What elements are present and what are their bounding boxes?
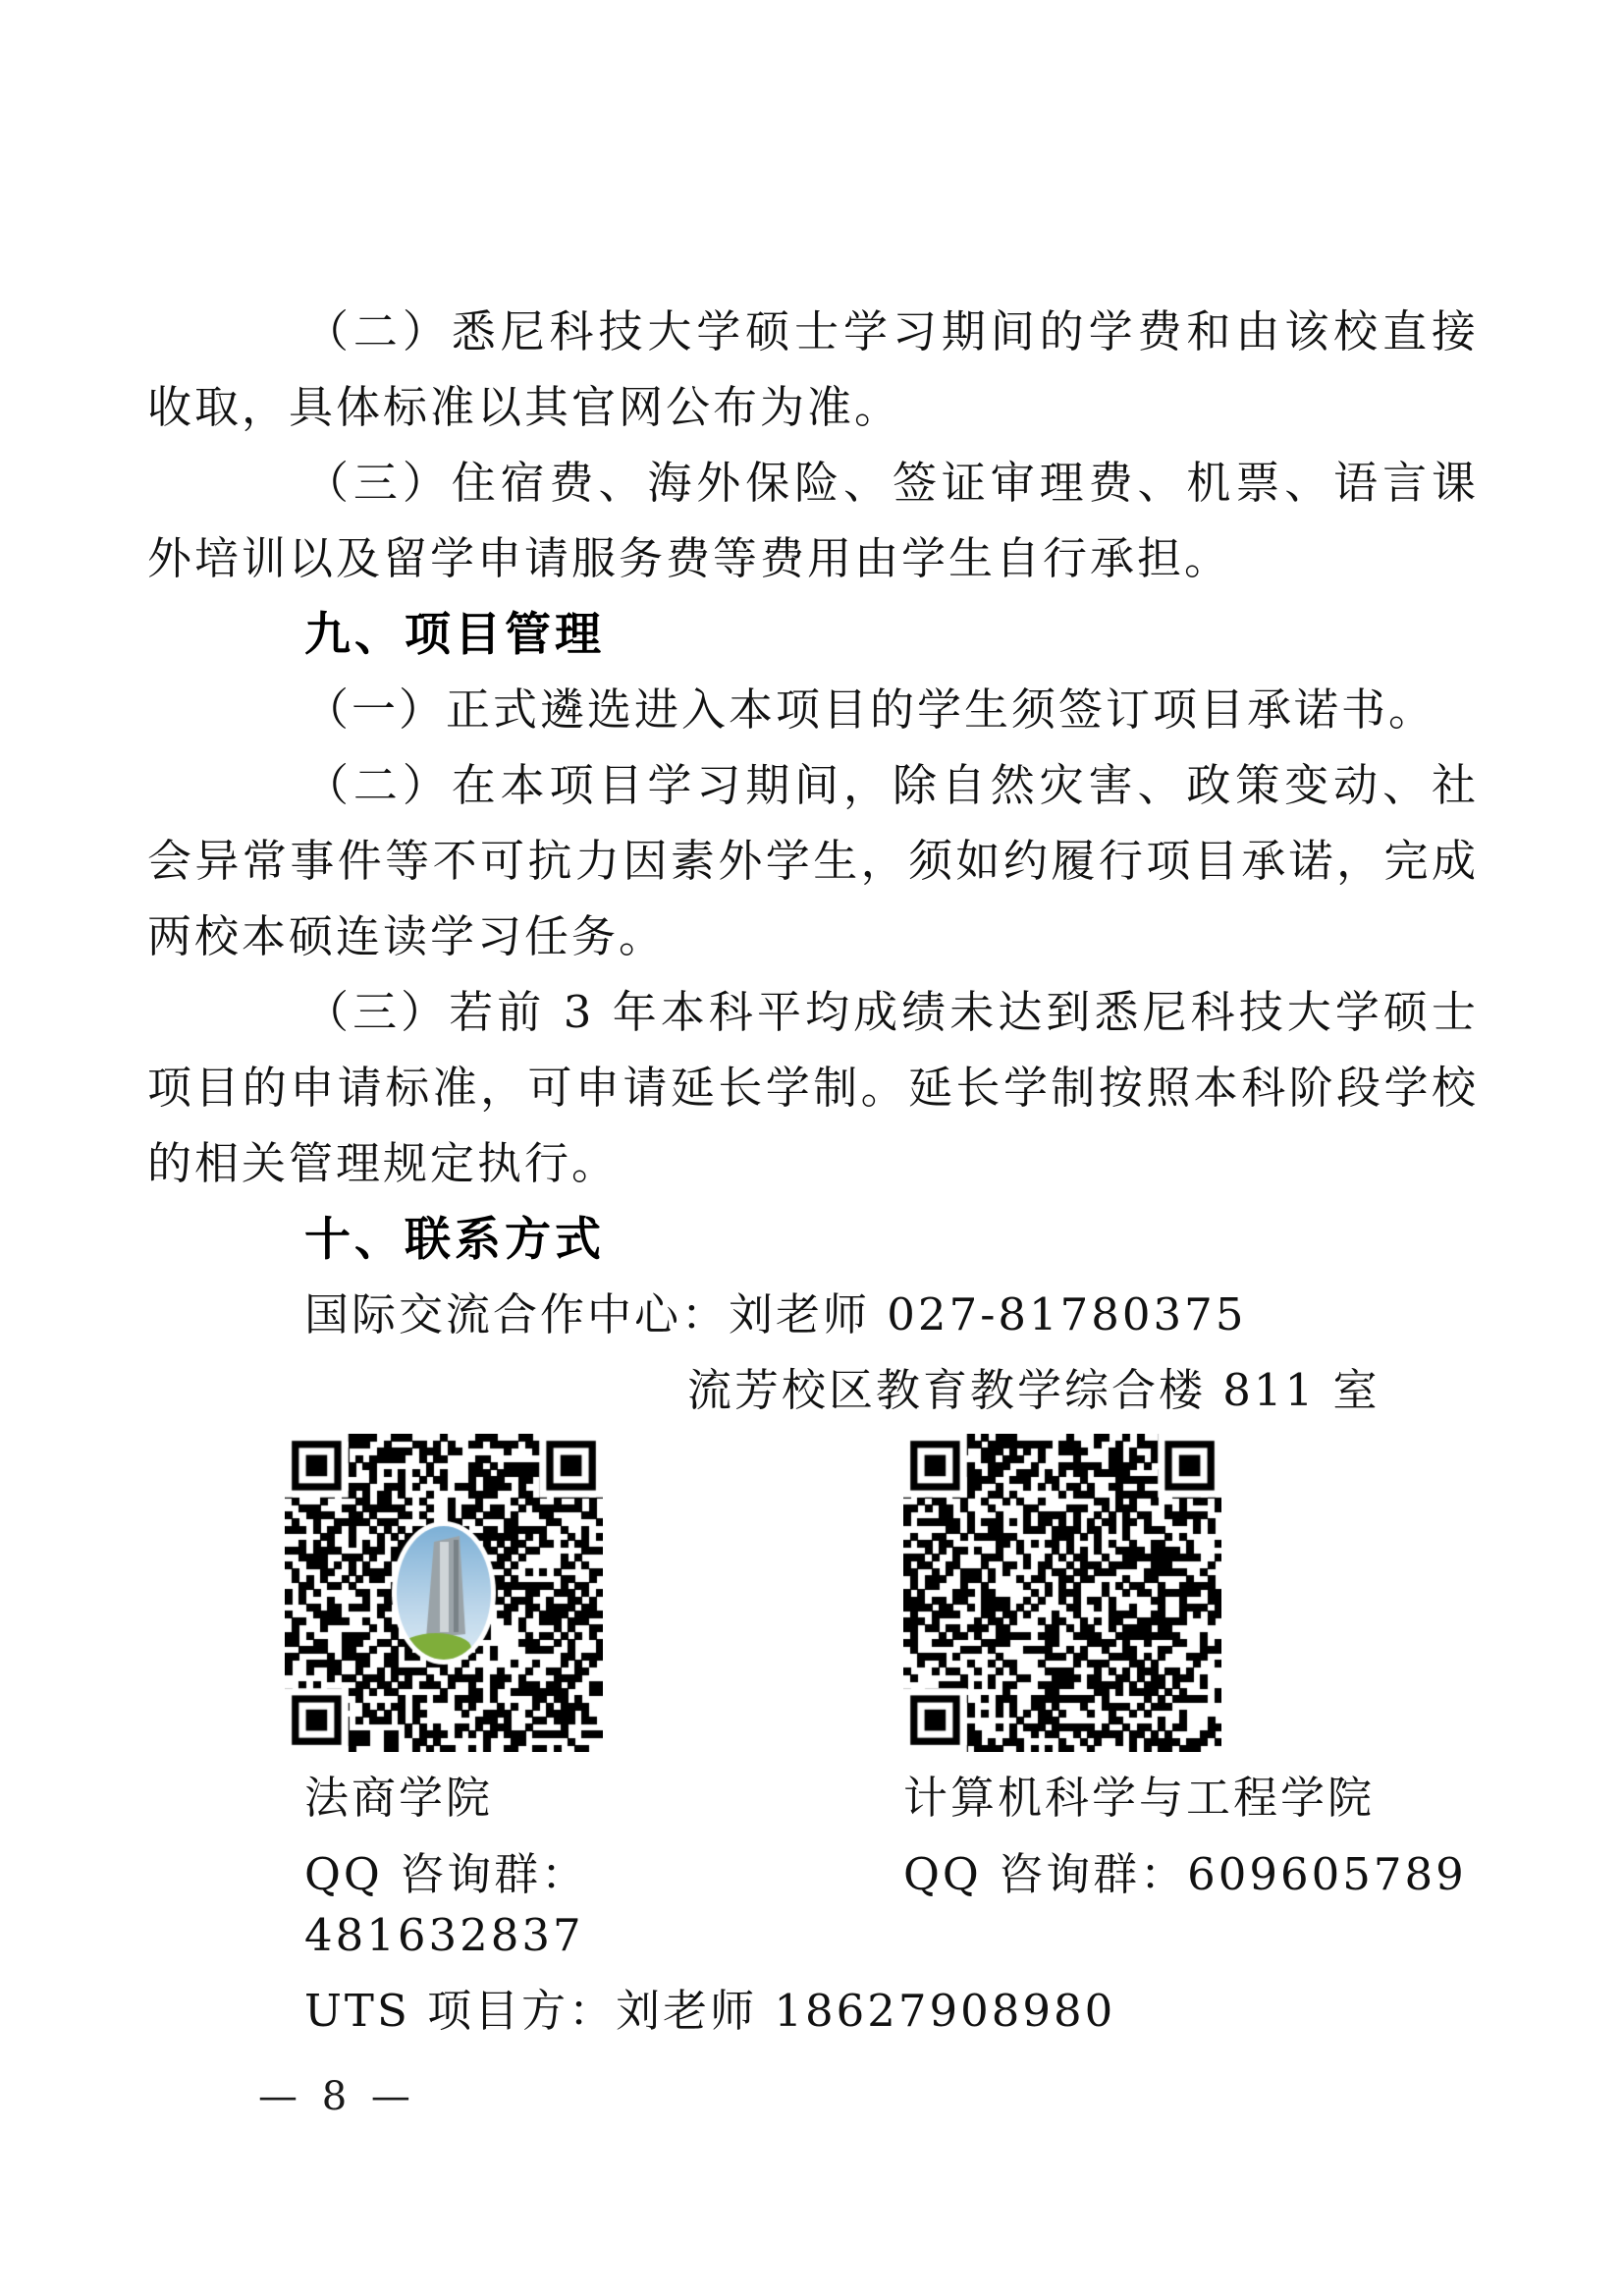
paragraph-fees-other-costs: （三）住宿费、海外保险、签证审理费、机票、语言课外培训以及留学申请服务费等费用由… — [147, 445, 1479, 596]
document-content: （二）悉尼科技大学硕士学习期间的学费和由该校直接收取，具体标准以其官网公布为准。… — [147, 294, 1479, 2042]
qq-group-law-school: QQ 咨询群：481632837 — [304, 1844, 736, 1966]
paragraph-management-obligation: （二）在本项目学习期间，除自然灾害、政策变动、社会异常事件等不可抗力因素外学生，… — [147, 747, 1479, 974]
qr-left-wrap — [285, 1434, 603, 1752]
heading-project-management: 九、项目管理 — [147, 596, 1479, 672]
qq-group-row: QQ 咨询群：481632837 QQ 咨询群：609605789 — [147, 1844, 1479, 1966]
paragraph-fees-tuition: （二）悉尼科技大学硕士学习期间的学费和由该校直接收取，具体标准以其官网公布为准。 — [147, 294, 1479, 445]
qr-left-caption: 法商学院 — [304, 1768, 736, 1829]
page-number: — 8 — — [258, 2074, 416, 2119]
paragraph-management-extension: （三）若前 3 年本科平均成绩未达到悉尼科技大学硕士项目的申请标准，可申请延长学… — [147, 974, 1479, 1201]
document-page: （二）悉尼科技大学硕士学习期间的学费和由该校直接收取，具体标准以其官网公布为准。… — [0, 0, 1624, 2296]
qr-right-caption: 计算机科学与工程学院 — [903, 1768, 1375, 1829]
qr-code-law-school-icon — [285, 1434, 603, 1752]
qr-right-wrap — [903, 1434, 1221, 1752]
qr-code-row — [147, 1434, 1479, 1752]
paragraph-management-commitment: （一）正式遴选进入本项目的学生须签订项目承诺书。 — [147, 672, 1479, 747]
uts-contact-row: UTS 项目方：刘老师 18627908980 — [147, 1981, 1479, 2042]
heading-contact-info: 十、联系方式 — [147, 1201, 1479, 1277]
qr-caption-row: 法商学院 计算机科学与工程学院 — [147, 1768, 1479, 1829]
qq-group-cs-school: QQ 咨询群：609605789 — [903, 1844, 1467, 1905]
contact-address-line: 流芳校区教育教学综合楼 811 室 — [147, 1352, 1479, 1428]
contact-center-line: 国际交流合作中心：刘老师 027-81780375 — [147, 1277, 1479, 1352]
uts-contact-line: UTS 项目方：刘老师 18627908980 — [304, 1981, 1479, 2042]
qr-code-cs-school-icon — [903, 1434, 1221, 1752]
